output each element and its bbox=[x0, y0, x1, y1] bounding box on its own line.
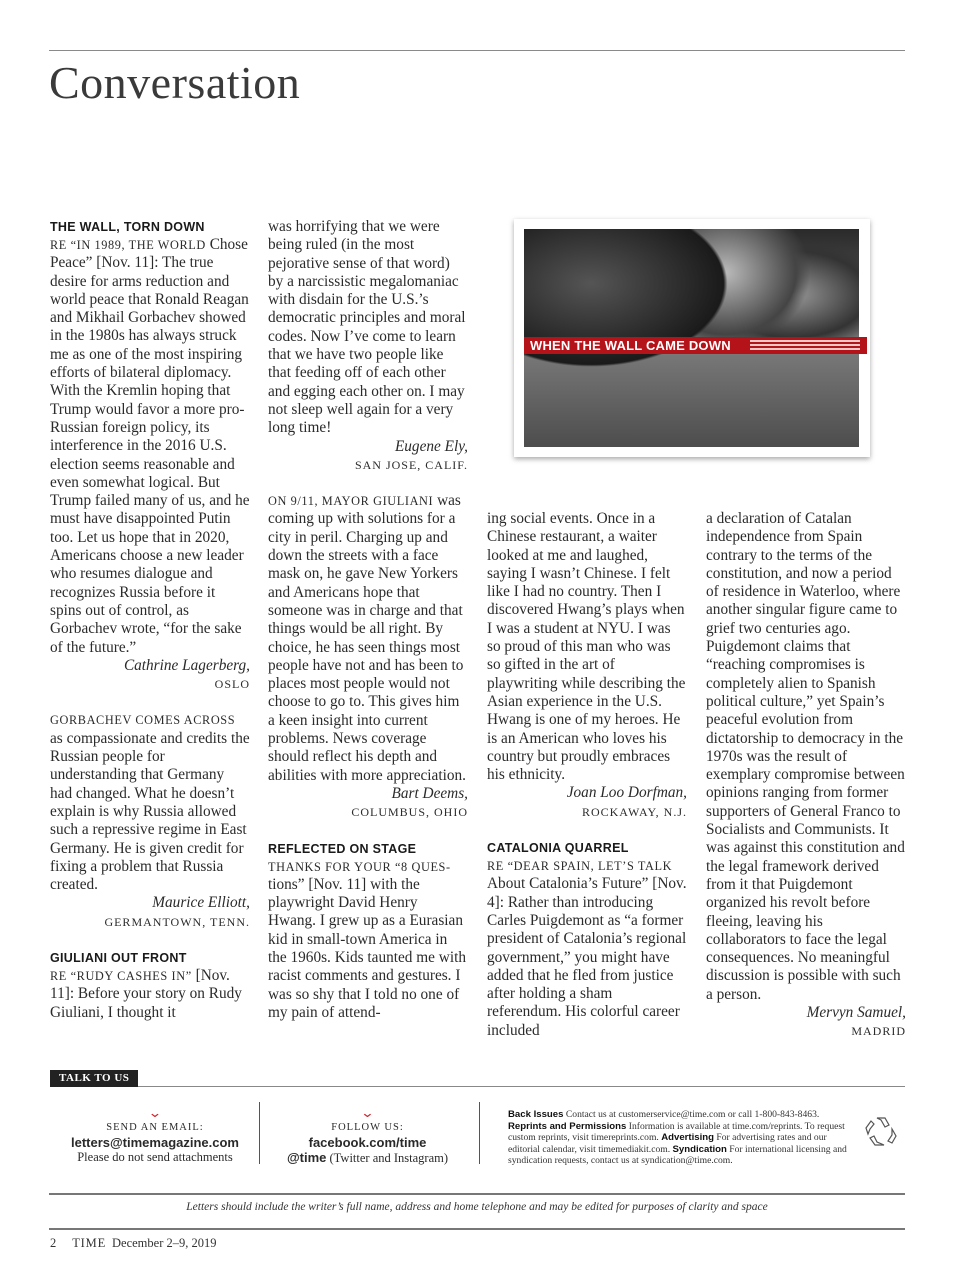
letter-author: Maurice Elliott, bbox=[50, 894, 250, 912]
photo-headline: WHEN THE WALL CAME DOWN bbox=[530, 337, 731, 354]
talk-to-us-tab: TALK TO US bbox=[50, 1070, 138, 1087]
advertising-label: Advertising bbox=[661, 1132, 714, 1143]
letter-body: Gorbachev comes across as compassionate … bbox=[50, 711, 250, 894]
letter-location: Columbus, Ohio bbox=[268, 803, 468, 821]
letter-body: Re “Rudy Cashes In” [Nov. 11]: Before yo… bbox=[50, 967, 250, 1022]
column-3: ing social events. Once in a Chinese res… bbox=[487, 510, 687, 1040]
letter-author: Mervyn Samuel, bbox=[706, 1004, 906, 1022]
letter-lead-in: On 9/11, Mayor Giuliani bbox=[268, 494, 433, 508]
letter-headline: THE WALL, TORN DOWN bbox=[50, 218, 250, 236]
letter-lead-in: Re “In 1989, the World bbox=[50, 238, 206, 252]
divider bbox=[479, 1102, 480, 1164]
letter-body-continued: ing social events. Once in a Chinese res… bbox=[487, 510, 687, 784]
twitter-handle-link[interactable]: @time bbox=[287, 1150, 326, 1165]
letter-author: Cathrine Lagerberg, bbox=[50, 657, 250, 675]
section-title: Conversation bbox=[49, 56, 300, 109]
letter-text: was coming up with solutions for a city … bbox=[268, 492, 466, 783]
letter-location: Rockaway, N.J. bbox=[487, 803, 687, 821]
photo-headline-band: WHEN THE WALL CAME DOWN bbox=[524, 337, 867, 354]
letter-body: On 9/11, Mayor Giuliani was coming up wi… bbox=[268, 492, 468, 785]
letter-lead-in: Thanks for your “8 Ques- bbox=[268, 860, 451, 874]
page-number: 2 bbox=[50, 1236, 56, 1250]
letter-location: Madrid bbox=[706, 1022, 906, 1040]
email-label: SEND AN EMAIL: bbox=[60, 1120, 250, 1135]
disclaimer: Letters should include the writer’s full… bbox=[50, 1201, 904, 1213]
letter-headline: GIULIANI OUT FRONT bbox=[50, 949, 250, 967]
column-4: a declaration of Catalan independence fr… bbox=[706, 510, 906, 1041]
cover-story-thumbnail: WHEN THE WALL CAME DOWN bbox=[514, 219, 870, 457]
folio: 2TIMEDecember 2–9, 2019 bbox=[50, 1236, 232, 1251]
facebook-link[interactable]: facebook.com/time bbox=[270, 1135, 465, 1150]
letter-headline: REFLECTED ON STAGE bbox=[268, 840, 468, 858]
letter-author: Eugene Ely, bbox=[268, 438, 468, 456]
letter-text: tions” [Nov. 11] with the playwright Dav… bbox=[268, 876, 466, 1021]
letter-body: Thanks for your “8 Ques- tions” [Nov. 11… bbox=[268, 858, 468, 1023]
letter-text: as compassionate and credits the Russian… bbox=[50, 730, 250, 893]
letter-body: Re “In 1989, the World Chose Peace” [Nov… bbox=[50, 236, 250, 657]
letter-location: Oslo bbox=[50, 675, 250, 693]
letter-location: San Jose, Calif. bbox=[268, 456, 468, 474]
reprints-label: Reprints and Permissions bbox=[508, 1121, 626, 1132]
letter-text: Chose Peace” [Nov. 11]: The true desire … bbox=[50, 236, 250, 656]
syndication-label: Syndication bbox=[673, 1144, 727, 1155]
email-box: ⌄ SEND AN EMAIL: letters@timemagazine.co… bbox=[60, 1108, 250, 1165]
letter-lead-in: Gorbachev comes across bbox=[50, 713, 235, 727]
email-link[interactable]: letters@timemagazine.com bbox=[60, 1135, 250, 1150]
chevron-down-icon: ⌄ bbox=[241, 1108, 495, 1120]
recycle-icon bbox=[864, 1114, 898, 1148]
contact-info: Back Issues Contact us at customerservic… bbox=[508, 1109, 850, 1167]
letter-author: Bart Deems, bbox=[268, 785, 468, 803]
letter-location: Germantown, Tenn. bbox=[50, 913, 250, 931]
issue-date: December 2–9, 2019 bbox=[112, 1236, 216, 1250]
photo-caption-lines bbox=[750, 340, 860, 342]
magazine-name: TIME bbox=[72, 1236, 106, 1250]
letter-body-continued: a declaration of Catalan independence fr… bbox=[706, 510, 906, 1004]
letter-headline: CATALONIA QUARREL bbox=[487, 839, 687, 857]
column-2: was horrifying that we were being ruled … bbox=[268, 218, 468, 1022]
social-note: (Twitter and Instagram) bbox=[326, 1151, 448, 1165]
top-rule bbox=[49, 50, 905, 51]
disclaimer-bottom-rule bbox=[49, 1228, 905, 1230]
letter-body: Re “Dear Spain, Let’s Talk About Catalon… bbox=[487, 857, 687, 1040]
talk-to-us-rule bbox=[50, 1086, 905, 1087]
disclaimer-top-rule bbox=[49, 1193, 905, 1195]
berlin-wall-photo: WHEN THE WALL CAME DOWN bbox=[524, 229, 859, 447]
back-issues-label: Back Issues bbox=[508, 1109, 563, 1120]
letter-text: About Catalonia’s Future” [Nov. 4]: Rath… bbox=[487, 875, 687, 1038]
letter-author: Joan Loo Dorfman, bbox=[487, 784, 687, 802]
column-1: THE WALL, TORN DOWN Re “In 1989, the Wor… bbox=[50, 218, 250, 1022]
email-note: Please do not send attachments bbox=[60, 1150, 250, 1165]
letter-lead-in: Re “Dear Spain, Let’s Talk bbox=[487, 859, 672, 873]
follow-box: ⌄ FOLLOW US: facebook.com/time @time (Tw… bbox=[270, 1108, 465, 1166]
letter-lead-in: Re “Rudy Cashes In” bbox=[50, 969, 192, 983]
follow-label: FOLLOW US: bbox=[270, 1120, 465, 1135]
social-handle-line: @time (Twitter and Instagram) bbox=[270, 1150, 465, 1166]
letter-body-continued: was horrifying that we were being ruled … bbox=[268, 218, 468, 438]
back-issues-text: Contact us at customerservice@time.com o… bbox=[563, 1109, 819, 1120]
